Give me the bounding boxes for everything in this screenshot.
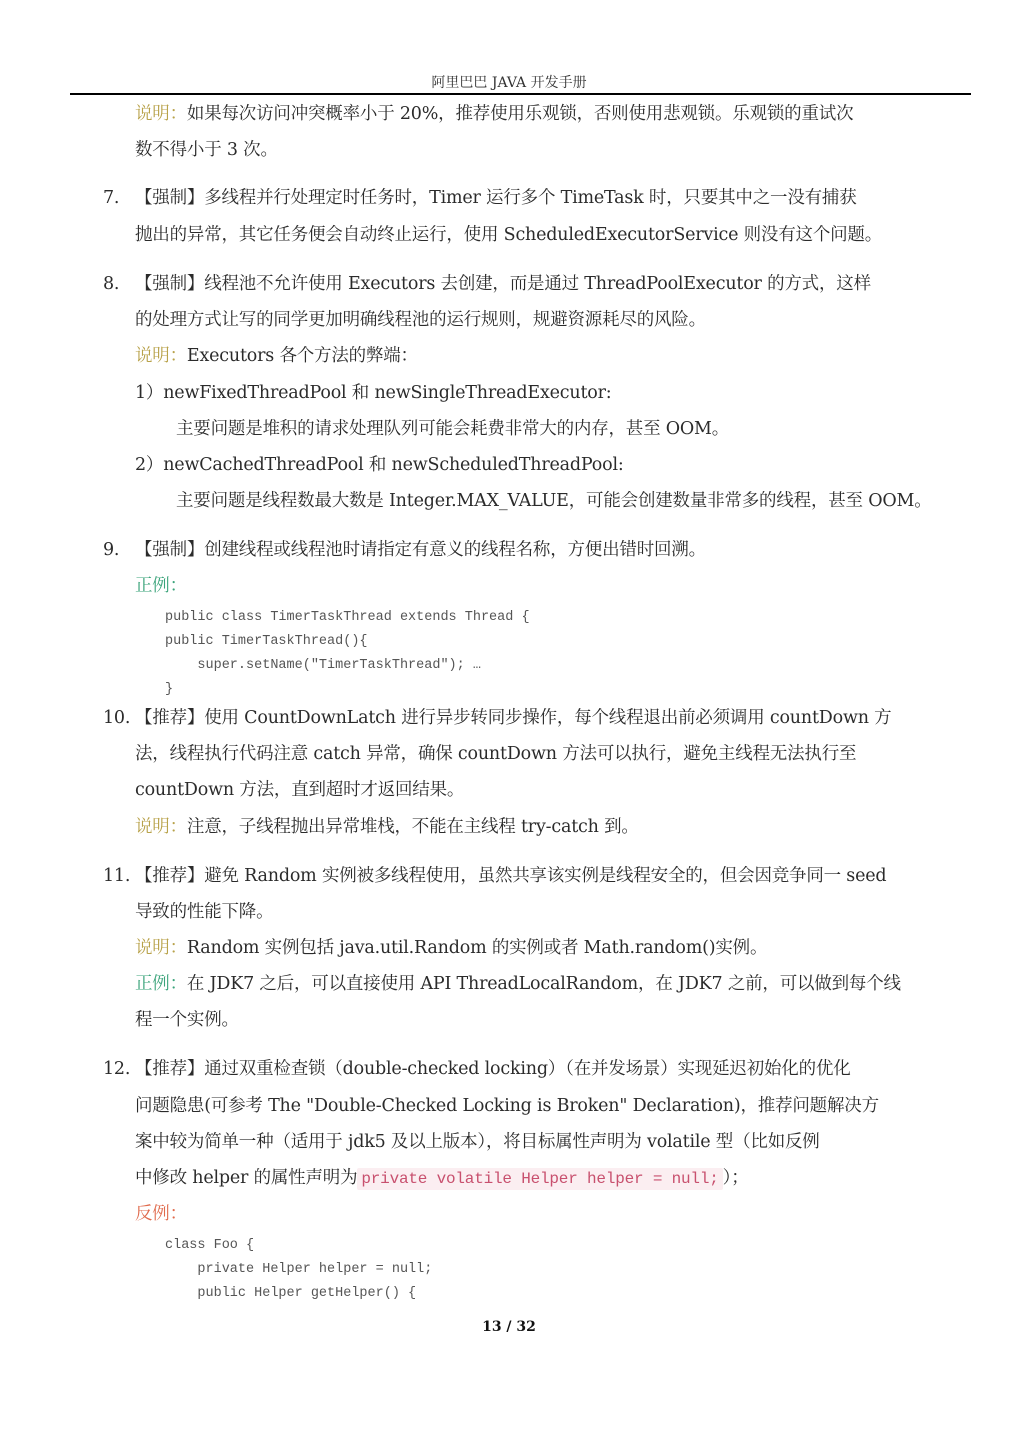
item-12-line3: 案中较为简单一种（适用于 jdk5 及以上版本），将目标属性声明为 volati… — [135, 1130, 820, 1154]
intro-note-line2: 数不得小于 3 次。 — [135, 138, 278, 162]
item-8-note: 说明：Executors 各个方法的弊端： — [135, 344, 418, 368]
item-11-line1: 11.【推荐】避免 Random 实例被多线程使用，虽然共享该实例是线程安全的，… — [103, 864, 886, 888]
item-12-line4: 中修改 helper 的属性声明为private volatile Helper… — [135, 1166, 749, 1191]
note-label: 说明： — [135, 346, 187, 366]
item-tag: 【强制】 — [135, 188, 204, 208]
good-example-label: 正例： — [135, 974, 187, 994]
page-number: 13 / 32 — [0, 1319, 1018, 1335]
item-11-good-line1: 正例：在 JDK7 之后，可以直接使用 API ThreadLocalRando… — [135, 972, 901, 996]
item-8-sub1-text: 主要问题是堆积的请求处理队列可能会耗费非常大的内存，甚至 OOM。 — [176, 417, 729, 441]
item-number: 10. — [103, 706, 135, 730]
item-7-line2: 抛出的异常，其它任务便会自动终止运行，使用 ScheduledExecutorS… — [135, 223, 882, 247]
code-line: private Helper helper = null; — [165, 1258, 432, 1282]
item-tag: 【强制】 — [135, 540, 204, 560]
header-rule — [70, 93, 971, 95]
note-label: 说明： — [135, 817, 187, 837]
item-8-sub2-text: 主要问题是线程数最大数是 Integer.MAX_VALUE，可能会创建数量非常… — [176, 489, 932, 513]
item-number: 11. — [103, 864, 135, 888]
bad-example-label: 反例： — [135, 1202, 187, 1226]
intro-note-line1: 说明：如果每次访问冲突概率小于 20%，推荐使用乐观锁，否则使用悲观锁。乐观锁的… — [135, 102, 853, 126]
item-11-good-line2: 程一个实例。 — [135, 1008, 239, 1032]
page-header: 阿里巴巴 JAVA 开发手册 — [0, 72, 1018, 92]
inline-code: private volatile Helper helper = null; — [357, 1168, 722, 1190]
item-10-line1: 10.【推荐】使用 CountDownLatch 进行异步转同步操作，每个线程退… — [103, 706, 891, 730]
code-line: public Helper getHelper() { — [165, 1282, 416, 1306]
item-8-sub1-title: 1）newFixedThreadPool 和 newSingleThreadEx… — [135, 381, 612, 405]
code-line: public class TimerTaskThread extends Thr… — [165, 606, 530, 630]
item-10-line2: 法，线程执行代码注意 catch 异常，确保 countDown 方法可以执行，… — [135, 742, 856, 766]
item-10-line3: countDown 方法，直到超时才返回结果。 — [135, 778, 464, 802]
item-8-sub2-title: 2）newCachedThreadPool 和 newScheduledThre… — [135, 453, 624, 477]
code-line: super.setName("TimerTaskThread"); … — [165, 654, 481, 678]
note-label: 说明： — [135, 104, 187, 124]
code-line: public TimerTaskThread(){ — [165, 630, 368, 654]
item-tag: 【推荐】 — [135, 708, 204, 728]
code-line: } — [165, 678, 173, 702]
item-10-note: 说明：注意，子线程抛出异常堆栈，不能在主线程 try-catch 到。 — [135, 815, 639, 839]
item-9-line1: 9.【强制】创建线程或线程池时请指定有意义的线程名称，方便出错时回溯。 — [103, 538, 706, 562]
item-12-line2: 问题隐患(可参考 The "Double-Checked Locking is … — [135, 1094, 879, 1118]
item-11-line2: 导致的性能下降。 — [135, 900, 273, 924]
item-number: 8. — [103, 272, 135, 296]
item-tag: 【推荐】 — [135, 866, 204, 886]
item-8-line2: 的处理方式让写的同学更加明确线程池的运行规则，规避资源耗尽的风险。 — [135, 308, 706, 332]
item-11-note: 说明：Random 实例包括 java.util.Random 的实例或者 Ma… — [135, 936, 767, 960]
item-number: 7. — [103, 186, 135, 210]
item-number: 9. — [103, 538, 135, 562]
item-tag: 【推荐】 — [135, 1059, 204, 1079]
note-label: 说明： — [135, 938, 187, 958]
item-8-line1: 8.【强制】线程池不允许使用 Executors 去创建，而是通过 Thread… — [103, 272, 871, 296]
item-12-line1: 12.【推荐】通过双重检查锁（double-checked locking）（在… — [103, 1057, 851, 1081]
good-example-label: 正例： — [135, 574, 187, 598]
item-number: 12. — [103, 1057, 135, 1081]
item-7-line1: 7.【强制】多线程并行处理定时任务时，Timer 运行多个 TimeTask 时… — [103, 186, 857, 210]
item-tag: 【强制】 — [135, 274, 204, 294]
code-line: class Foo { — [165, 1234, 254, 1258]
